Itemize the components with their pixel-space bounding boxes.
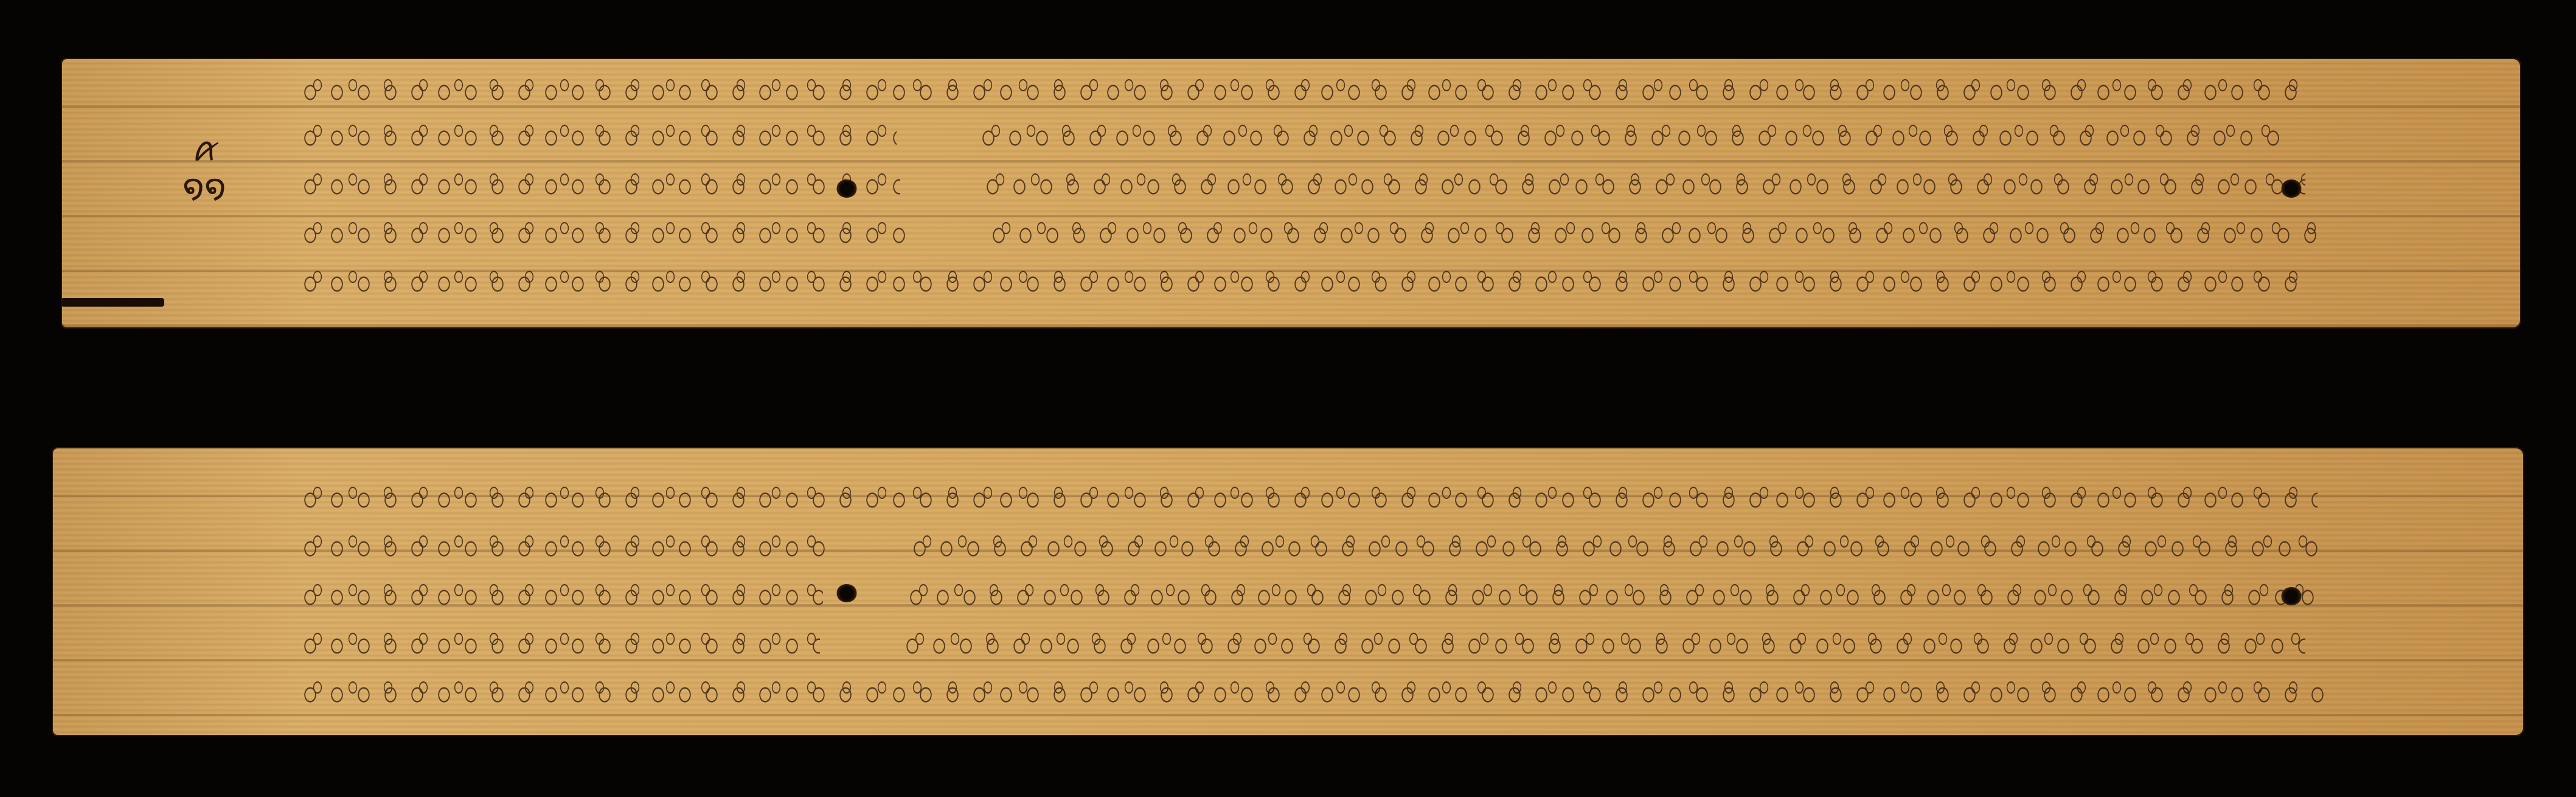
- binding-hole-left: [836, 584, 857, 602]
- script-line-5: [298, 669, 2324, 712]
- binding-hole-left: [836, 179, 857, 198]
- script-line-1: [298, 475, 2317, 517]
- script-line-5: [298, 259, 2299, 301]
- binding-hole-right: [2281, 179, 2302, 198]
- palm-leaf-folio-1: ꪁ ໑໑: [61, 58, 2521, 329]
- script-line-2: [298, 113, 2293, 155]
- binding-hole-right: [2281, 587, 2302, 605]
- script-line-4: [298, 210, 2324, 252]
- script-line-2: [298, 523, 2330, 566]
- script-line-4: [298, 621, 2305, 663]
- script-line-3: [298, 572, 2317, 614]
- folio-number-mark: ໑໑: [182, 167, 226, 207]
- edge-damage: [61, 298, 164, 307]
- script-line-3: [298, 161, 2305, 204]
- script-line-1: [298, 67, 2305, 110]
- palm-leaf-folio-2: [52, 447, 2524, 736]
